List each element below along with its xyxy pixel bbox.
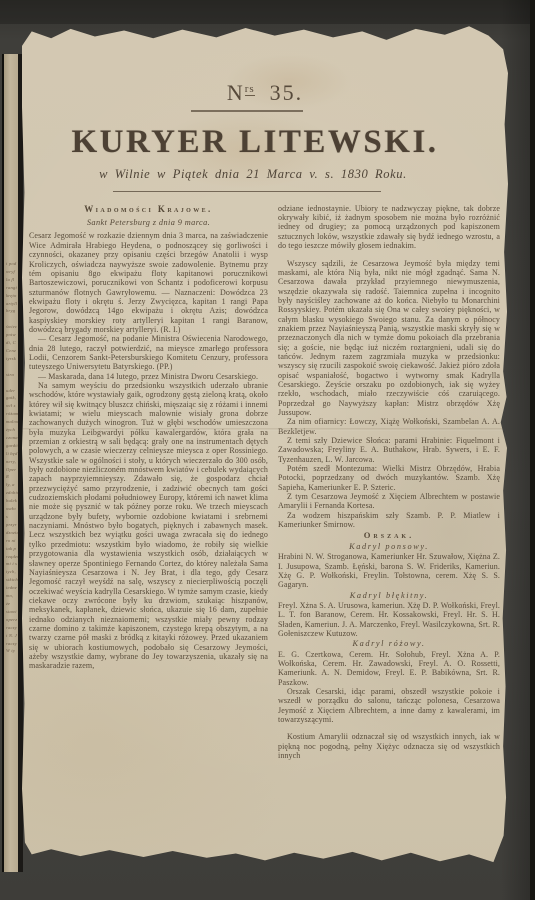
masthead-rule-top — [191, 110, 303, 112]
paragraph: Orszak Cesarski, idąc parami, obszedł ws… — [278, 687, 500, 724]
paragraph: — Maskarada, dana 14 lutego, przez Minis… — [29, 372, 268, 381]
masthead-dateline: w Wilnie w Piątek dnia 21 Marca v. s. 18… — [10, 167, 496, 182]
paragraph: Za wodzem hiszpańskim szły Szamb. P. P. … — [278, 511, 500, 530]
kadryl-heading: Kadryl ponsowy. — [278, 542, 500, 551]
adjacent-page-sliver: i pod wryf lu fl rangi kręto artyll bryg… — [2, 54, 23, 872]
left-column: Wiadomości Krajowe. Sankt Petersburg z d… — [29, 204, 268, 824]
paragraph: Wszyscy sądzili, że Cesarzowa Jeymość by… — [278, 259, 500, 418]
masthead-rule-bottom — [113, 191, 381, 192]
kadryl-heading: Kadryl błękitny. — [278, 591, 500, 600]
paragraph: Kostium Amarylii odznaczał się od wszyst… — [278, 732, 500, 760]
kadryl-list: E. G. Czertkowa, Cerem. Hr. Sołohub, Fre… — [278, 650, 500, 687]
paragraph: Z temi szły Dziewice Słońca: parami Hrab… — [278, 436, 500, 464]
issue-value: 35. — [270, 80, 304, 105]
adjacent-page-text-fragments: i pod wryf lu fl rangi kręto artyll bryg… — [4, 54, 18, 655]
issue-number: Nrs 35. — [22, 80, 508, 106]
paragraph: Cesarz Jegomość w rozkazie dziennym dnia… — [29, 231, 268, 334]
paper-title: KURYER LITEWSKI. — [12, 124, 498, 161]
newspaper-page: Nrs 35. KURYER LITEWSKI. w Wilnie w Piąt… — [22, 22, 508, 874]
issue-superscript: rs — [245, 83, 255, 96]
article-columns: Wiadomości Krajowe. Sankt Petersburg z d… — [22, 204, 508, 824]
right-column: odziane iednostaynie. Ubiory te nadzwycz… — [278, 204, 500, 824]
scanner-background-top — [0, 0, 535, 24]
orszak-heading: Orszak. — [278, 531, 500, 540]
kadryl-heading: Kadryl różowy. — [278, 639, 500, 648]
kadryl-list: Freyl. Xżna S. A. Urusowa, kameriun. Xżę… — [278, 601, 500, 638]
kadryl-list: Hrabini N. W. Stroganowa, Kameriunker Hr… — [278, 552, 500, 589]
issue-prefix: N — [227, 80, 245, 105]
paragraph: Potém szedł Montezuma: Wielki Mistrz Obr… — [278, 464, 500, 492]
scan-right-edge — [530, 0, 535, 900]
paragraph: — Cesarz Jegomość, na podanie Ministra O… — [29, 334, 268, 371]
section-heading: Wiadomości Krajowe. — [29, 205, 268, 214]
paragraph: Z tym Cesarzowa Jeymość z Xięciem Albrec… — [278, 492, 500, 511]
masthead: Nrs 35. KURYER LITEWSKI. w Wilnie w Piąt… — [22, 22, 508, 192]
dateline-byline: Sankt Petersburg z dnia 9 marca. — [29, 218, 268, 227]
paragraph: Za nim ofiarnicy: Łowczy, Xiążę Wołkońsk… — [278, 417, 500, 436]
paragraph: odziane iednostaynie. Ubiory te nadzwycz… — [278, 204, 500, 251]
paragraph: Na samym weyściu do przedsionku wszystki… — [29, 381, 268, 671]
